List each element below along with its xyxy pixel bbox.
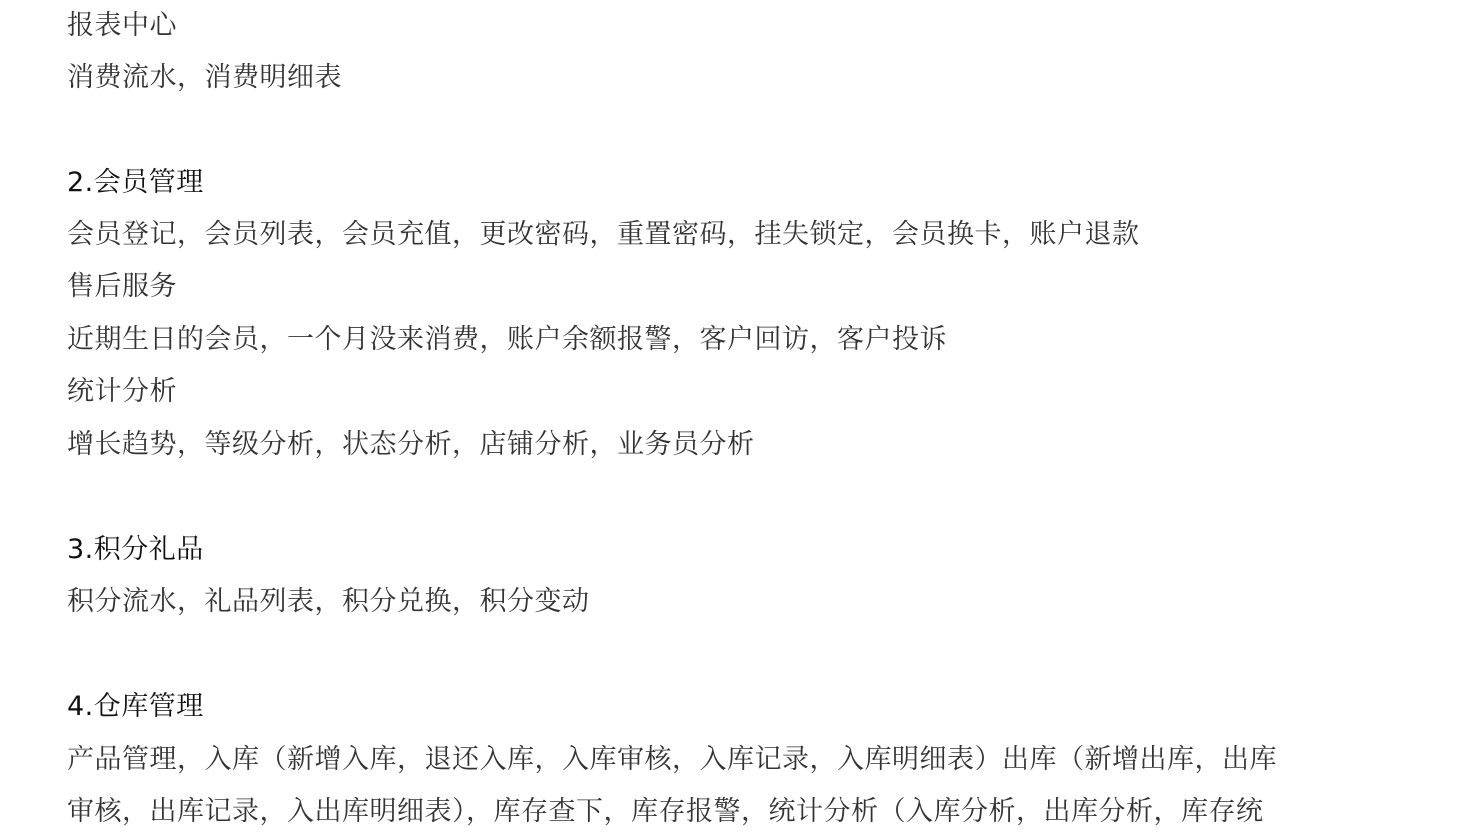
heading-member-management: 2.会员管理 — [67, 157, 204, 209]
warehouse-items-line-2: 审核，出库记录，入出库明细表），库存查下，库存报警，统计分析（入库分析，出库分析… — [67, 786, 1264, 834]
section-label-report-center: 报表中心 — [67, 0, 177, 52]
statistics-items: 增长趋势，等级分析，状态分析，店铺分析，业务员分析 — [67, 419, 755, 471]
section-label-after-sales: 售后服务 — [67, 261, 177, 313]
after-sales-items: 近期生日的会员，一个月没来消费，账户余额报警，客户回访，客户投诉 — [67, 314, 947, 366]
report-center-items: 消费流水，消费明细表 — [67, 52, 342, 104]
member-management-items: 会员登记，会员列表，会员充值，更改密码，重置密码，挂失锁定，会员换卡，账户退款 — [67, 209, 1140, 261]
points-gifts-items: 积分流水，礼品列表，积分兑换，积分变动 — [67, 576, 590, 628]
section-label-statistics: 统计分析 — [67, 366, 177, 418]
heading-warehouse-management: 4.仓库管理 — [67, 681, 204, 733]
warehouse-items-line-1: 产品管理，入库（新增入库，退还入库，入库审核，入库记录，入库明细表）出库（新增出… — [67, 734, 1277, 786]
heading-points-gifts: 3.积分礼品 — [67, 524, 204, 576]
